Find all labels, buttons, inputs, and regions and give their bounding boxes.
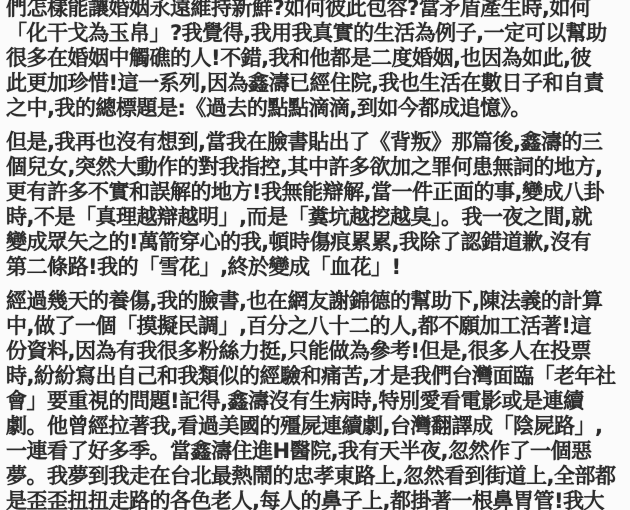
document-page: 們怎樣能讓婚姻永遠維持新鮮?如何彼此包容?當矛盾產生時,如何 「化干戈為玉帛」?… [0,0,630,510]
text-line: 劇。他曾經拉著我,看過美國的殭屍連續劇,台灣翻譯成「陰屍路」, [6,414,626,439]
text-line: 時,紛紛寫出自己和我類似的經驗和痛苦,才是我們台灣面臨「老年社 [6,364,626,389]
paragraph-2: 但是,我再也沒有想到,當我在臉書貼出了《背叛》那篇後,鑫濤的三 個兒女,突然大動… [6,130,626,280]
text-line: 時,不是「真理越辯越明」,而是「糞坑越挖越臭」。我一夜之間,就 [6,205,626,230]
text-line: 一連看了好多季。當鑫濤住進H醫院,我有天半夜,忽然作了一個惡 [6,439,626,464]
text-line: 個兒女,突然大動作的對我指控,其中許多欲加之罪何患無詞的地方, [6,155,626,180]
text-line: 經過幾天的養傷,我的臉書,也在網友謝錦德的幫助下,陳法義的計算 [6,289,626,314]
paragraph-3: 經過幾天的養傷,我的臉書,也在網友謝錦德的幫助下,陳法義的計算 中,做了一個「摸… [6,289,626,510]
text-line: 夢。我夢到我走在台北最熱鬧的忠孝東路上,忽然看到街道上,全部都 [6,464,626,489]
text-line: 更有許多不實和誤解的地方!我無能辯解,當一件正面的事,變成八卦 [6,180,626,205]
text-line: 是歪歪扭扭走路的各色老人,每人的鼻子上,都掛著一根鼻胃管!我大 [6,489,626,510]
text-line: 很多在婚姻中觸礁的人!不錯,我和他都是二度婚姻,也因為如此,彼 [6,46,626,71]
text-line: 份資料,因為有我很多粉絲力挺,只能做為參考!但是,很多人在投票 [6,339,626,364]
text-line: 第二條路!我的「雪花」,終於變成「血花」! [6,255,626,280]
text-line: 們怎樣能讓婚姻永遠維持新鮮?如何彼此包容?當矛盾產生時,如何 [6,0,626,21]
text-line: 中,做了一個「摸擬民調」,百分之八十二的人,都不願加工活著!這 [6,314,626,339]
text-line: 但是,我再也沒有想到,當我在臉書貼出了《背叛》那篇後,鑫濤的三 [6,130,626,155]
text-line: 會」要重視的問題!記得,鑫濤沒有生病時,特別愛看電影或是連續 [6,389,626,414]
text-line: 此更加珍惜!這一系列,因為鑫濤已經住院,我也生活在數日子和自責 [6,71,626,96]
paragraph-1: 們怎樣能讓婚姻永遠維持新鮮?如何彼此包容?當矛盾產生時,如何 「化干戈為玉帛」?… [6,0,626,121]
text-line: 變成眾矢之的!萬箭穿心的我,頓時傷痕累累,我除了認錯道歉,沒有 [6,230,626,255]
text-line: 「化干戈為玉帛」?我覺得,我用我真實的生活為例子,一定可以幫助 [6,21,626,46]
text-line: 之中,我的總標題是:《過去的點點滴滴,到如今都成追憶》。 [6,96,626,121]
